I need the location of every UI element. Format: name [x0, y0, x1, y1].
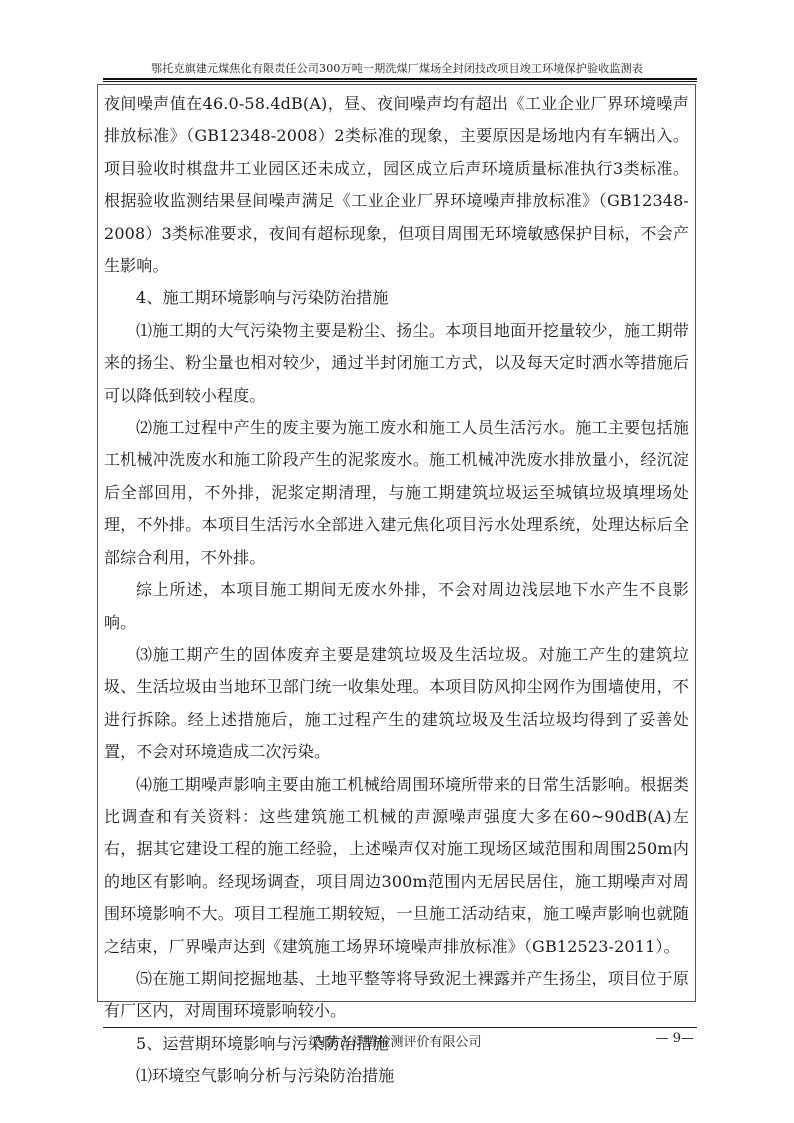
paragraph-water-summary: 综上所述，本项目施工期间无废水外排，不会对周边浅层地下水产生不良影响。	[104, 574, 689, 639]
running-header-title: 鄂托克旗建元煤焦化有限责任公司300万吨一期洗煤厂煤场全封闭技改项目竣工环境保护…	[97, 60, 697, 76]
paragraph-construction-noise: ⑷施工期噪声影响主要由施工机械给周围环境所带来的日常生活影响。根据类比调查和有关…	[104, 769, 689, 963]
footer-rule	[103, 1027, 697, 1028]
section-heading-construction: 4、施工期环境影响与污染防治措施	[104, 282, 689, 314]
paragraph-construction-dust: ⑸在施工期间挖掘地基、土地平整等将导致泥土裸露并产生扬尘，项目位于原有厂区内，对…	[104, 963, 689, 1028]
paragraph-construction-solid-waste: ⑶施工期产生的固体废弃主要是建筑垃圾及生活垃圾。对施工产生的建筑垃圾、生活垃圾由…	[104, 639, 689, 769]
page-number: — 9—	[656, 1031, 694, 1046]
footer-company-name: 内蒙古祥腾检测评价有限公司	[97, 1031, 697, 1050]
paragraph-construction-water: ⑵施工过程中产生的废主要为施工废水和施工人员生活污水。施工主要包括施工机械冲洗废…	[104, 412, 689, 574]
header-rule	[103, 78, 697, 80]
paragraph-noise-results: 夜间噪声值在46.0-58.4dB(A)，昼、夜间噪声均有超出《工业企业厂界环境…	[104, 88, 689, 282]
header-rule-thin	[103, 81, 697, 82]
subheading-air-impact: ⑴环境空气影响分析与污染防治措施	[104, 1060, 689, 1092]
paragraph-construction-air: ⑴施工期的大气污染物主要是粉尘、扬尘。本项目地面开挖量较少，施工期带来的扬尘、粉…	[104, 315, 689, 412]
content-table-cell: 夜间噪声值在46.0-58.4dB(A)，昼、夜间噪声均有超出《工业企业厂界环境…	[97, 84, 696, 1002]
